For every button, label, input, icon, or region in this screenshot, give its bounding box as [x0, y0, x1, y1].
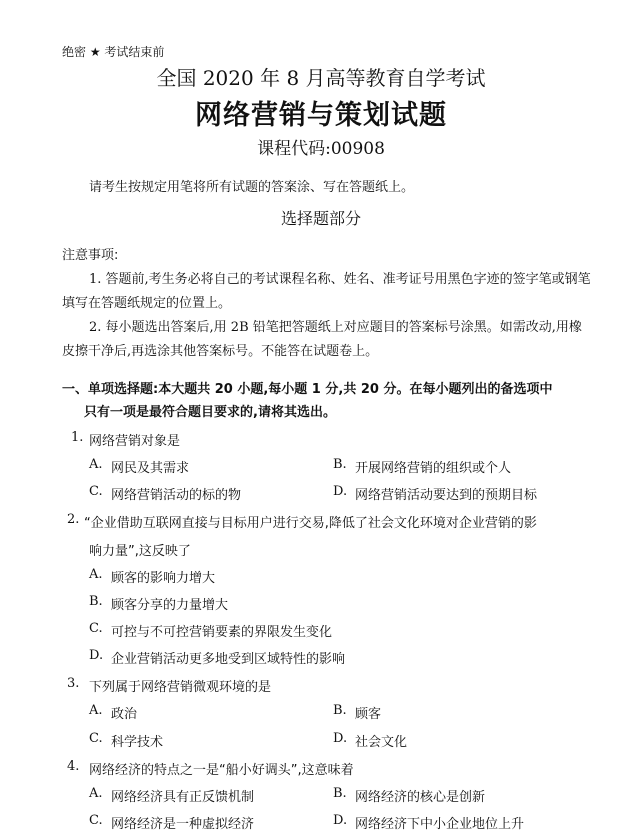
- answer-instruction: 请考生按规定用笔将所有试题的答案涂、写在答题纸上。: [89, 176, 414, 195]
- option-text: 企业营销活动更多地受到区域特性的影响: [111, 648, 345, 667]
- note-2-line-1: 2. 每小题选出答案后,用 2B 铅笔把答题纸上对应题目的答案标号涂黑。如需改动…: [89, 316, 582, 335]
- option-label: B.: [333, 703, 347, 718]
- option-text: 网络经济的核心是创新: [355, 786, 485, 805]
- note-1-line-1: 1. 答题前,考生务必将自己的考试课程名称、姓名、准考证号用黑色字迹的签字笔或钢…: [89, 268, 591, 287]
- option-label: D.: [333, 731, 347, 746]
- question-number: 4.: [67, 759, 79, 774]
- option-label: D.: [333, 813, 347, 828]
- note-2-line-2: 皮擦干净后,再选涂其他答案标号。不能答在试题卷上。: [62, 340, 378, 359]
- option-text: 网络经济下中小企业地位上升: [355, 813, 524, 832]
- option-text: 顾客的影响力增大: [111, 567, 215, 586]
- question-stem-line-2: 响力量”,这反映了: [89, 540, 191, 559]
- option-label: C.: [89, 731, 103, 746]
- option-label: A.: [89, 703, 103, 718]
- option-text: 顾客: [355, 703, 381, 722]
- option-text: 科学技术: [111, 731, 163, 750]
- question-stem-line-1: “企业借助互联网直接与目标用户进行交易,降低了社会文化环境对企业营销的影: [84, 512, 537, 531]
- section-title: 选择题部分: [0, 206, 642, 229]
- option-label: A.: [89, 567, 103, 582]
- option-text: 开展网络营销的组织或个人: [355, 457, 511, 476]
- option-text: 网络经济是一种虚拟经济: [111, 813, 254, 832]
- question-number: 2.: [67, 512, 79, 527]
- option-label: C.: [89, 621, 103, 636]
- part-one-heading-line-1: 一、单项选择题:本大题共 20 小题,每小题 1 分,共 20 分。在每小题列出…: [62, 378, 552, 397]
- note-1-line-2: 填写在答题纸规定的位置上。: [62, 292, 231, 311]
- question-stem: 网络经济的特点之一是“船小好调头”,这意味着: [89, 759, 354, 778]
- option-label: B.: [333, 786, 347, 801]
- option-label: C.: [89, 484, 103, 499]
- option-label: B.: [89, 594, 103, 609]
- option-text: 社会文化: [355, 731, 407, 750]
- option-label: B.: [333, 457, 347, 472]
- option-text: 网络经济具有正反馈机制: [111, 786, 254, 805]
- option-label: D.: [89, 648, 103, 663]
- notes-label: 注意事项:: [62, 244, 118, 263]
- paper-title: 网络营销与策划试题: [0, 93, 642, 132]
- option-label: D.: [333, 484, 347, 499]
- option-label: A.: [89, 457, 103, 472]
- confidentiality-mark: 绝密 ★ 考试结束前: [62, 43, 164, 60]
- option-text: 网民及其需求: [111, 457, 189, 476]
- exam-session-line: 全国 2020 年 8 月高等教育自学考试: [0, 62, 642, 91]
- option-text: 网络营销活动的标的物: [111, 484, 241, 503]
- option-label: A.: [89, 786, 103, 801]
- part-one-heading-line-2: 只有一项是最符合题目要求的,请将其选出。: [84, 401, 336, 420]
- question-number: 3.: [67, 676, 79, 691]
- question-number: 1.: [71, 430, 83, 445]
- option-text: 政治: [111, 703, 137, 722]
- option-text: 可控与不可控营销要素的界限发生变化: [111, 621, 332, 640]
- question-stem: 下列属于网络营销微观环境的是: [89, 676, 271, 695]
- option-text: 网络营销活动要达到的预期目标: [355, 484, 537, 503]
- option-label: C.: [89, 813, 103, 828]
- question-stem: 网络营销对象是: [89, 430, 180, 449]
- course-code: 课程代码:00908: [0, 134, 642, 159]
- option-text: 顾客分享的力量增大: [111, 594, 228, 613]
